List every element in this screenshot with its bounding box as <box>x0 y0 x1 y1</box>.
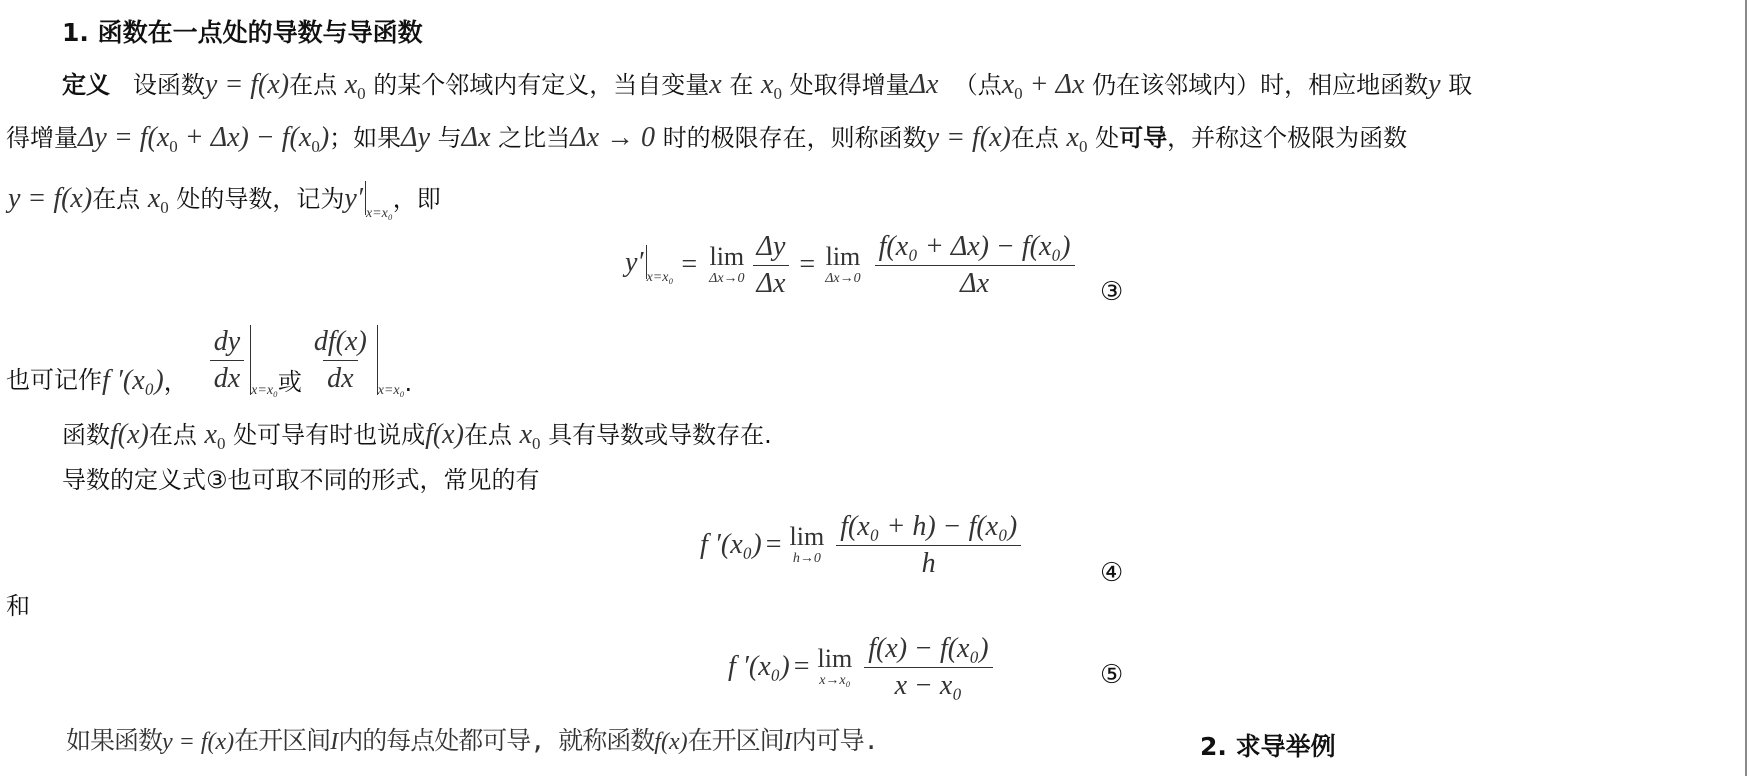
difference-quotient: f(x₀ + Δx) − f(x₀)Δx <box>875 231 1075 300</box>
text: ， <box>164 362 188 397</box>
formula-3-label: ③ <box>1100 275 1123 309</box>
fraction-dy-dx: dydx <box>210 326 244 395</box>
formula-5-label: ⑤ <box>1100 658 1123 692</box>
paragraph-open-interval: 如果函数y = f(x)在开区间I内的每点处都可导, 就称函数f(x)在开区间I… <box>66 724 878 759</box>
term-differentiable: 可导 <box>1119 124 1167 152</box>
text: 在点 <box>1011 124 1059 152</box>
text: ，即 <box>393 185 441 213</box>
section-heading-1: 1. 函数在一点处的导数与导函数 <box>62 16 423 50</box>
paragraph-alt-forms: 导数的定义式③也可取不同的形式，常见的有 <box>62 463 540 497</box>
math-fx: f(x) <box>425 419 464 450</box>
text: 的某个邻域内有定义，当自变量 <box>373 71 709 99</box>
math-fx: f(x) <box>110 419 149 450</box>
fraction-df-dx: df(x)dx <box>310 326 371 395</box>
difference-quotient-x: f(x) − f(x₀)x − x₀ <box>864 633 992 702</box>
math-x0: x0 <box>205 419 226 450</box>
math-x0: x0 <box>345 69 366 100</box>
math-delta-x: Δx <box>910 69 939 100</box>
formula-4-label: ④ <box>1100 556 1123 590</box>
definition-line-2: 得增量Δy = f(x0 + Δx) − f(x0)；如果Δy 与Δx 之比当Δ… <box>6 121 1407 164</box>
text: （点 <box>954 71 1002 99</box>
subscript: x=x₀ <box>251 383 278 399</box>
math-y-prime-at-x0: y′x=x₀ <box>344 183 392 214</box>
math-x0: x0 <box>1067 122 1088 153</box>
math-interval-I: I <box>330 729 338 755</box>
text: 得增量 <box>6 124 78 152</box>
page-right-border <box>1745 0 1747 776</box>
text: 内可导. <box>792 726 878 755</box>
text: 与 <box>438 124 462 152</box>
text: 取 <box>1448 71 1472 99</box>
math-x0: x0 <box>520 419 541 450</box>
math-interval-I: I <box>784 729 792 755</box>
formula4-lhs: f ′(x₀) <box>700 529 762 561</box>
math-delta-x: Δx <box>462 122 491 153</box>
text: 函数 <box>62 421 110 449</box>
limit-operator: limh→0 <box>790 524 825 566</box>
math-delta-y-def: Δy = f(x0 + Δx) − f(x0) <box>78 122 329 153</box>
text: 处 <box>1095 124 1119 152</box>
equals-sign: = <box>766 529 782 561</box>
text: 具有导数或导数存在. <box>548 421 772 449</box>
text: 如果函数 <box>66 726 162 755</box>
math-x0: x0 <box>761 69 782 100</box>
fraction-dy-dx: ΔyΔx <box>753 231 790 300</box>
text: 在点 <box>149 421 197 449</box>
math-f-prime-x0: f ′(x₀) <box>102 365 164 397</box>
math-y: y <box>1428 69 1440 100</box>
text: 处的导数，记为 <box>176 185 344 213</box>
text: 处取得增量 <box>790 71 910 99</box>
math-x: x <box>709 69 721 100</box>
text: 处可导有时也说成 <box>233 421 425 449</box>
text: 在点 <box>92 185 140 213</box>
paragraph-differentiable: 函数f(x)在点 x0 处可导有时也说成f(x)在点 x0 具有导数或导数存在. <box>62 418 772 461</box>
formula-3: y′x=x₀ = limΔx→0 ΔyΔx = limΔx→0 f(x₀ + Δ… <box>625 220 1079 310</box>
text: ，并称这个极限为函数 <box>1167 124 1407 152</box>
equals-sign: = <box>794 651 810 683</box>
and-word: 和 <box>6 589 30 623</box>
limit-operator: limx→x₀ <box>818 646 853 688</box>
math-x0: x0 <box>148 183 169 214</box>
math-y-eq-fx: y = f(x) <box>162 729 234 755</box>
math-fx: f(x) <box>654 729 687 755</box>
text: 在开区间 <box>688 726 784 755</box>
math-delta-y: Δy <box>401 122 430 153</box>
limit-operator: limΔx→0 <box>825 244 860 286</box>
text: 在 <box>729 71 753 99</box>
formula-5: f ′(x₀) = limx→x₀ f(x) − f(x₀)x − x₀ <box>728 622 997 712</box>
text: 内的每点处都可导, 就称函数 <box>338 726 654 755</box>
math-x0-plus-delta-x: x0 + Δx <box>1002 69 1085 100</box>
text: . <box>405 369 413 397</box>
text: 在开区间 <box>234 726 330 755</box>
definition-line-3: y = f(x)在点 x0 处的导数，记为y′x=x₀，即 <box>8 181 441 231</box>
text: 在点 <box>289 71 337 99</box>
math-y-eq-fx: y = f(x) <box>927 122 1011 153</box>
text: ；如果 <box>329 124 401 152</box>
definition-label: 定义 <box>62 71 110 99</box>
subscript: x=x₀ <box>378 383 405 399</box>
alt-notation-line: 也可记作 f ′(x₀) ， dydx x=x₀ 或 df(x)dx x=x₀ … <box>6 315 412 405</box>
formula3-lhs: y′x=x₀ <box>625 245 673 286</box>
section-heading-2: 2. 求导举例 <box>1200 730 1336 764</box>
equals-sign: = <box>799 249 815 281</box>
text: 也可记作 <box>6 360 102 395</box>
definition-line-1: 定义 设函数y = f(x)在点 x0 的某个邻域内有定义，当自变量x 在 x0… <box>62 68 1472 111</box>
formula-4: f ′(x₀) = limh→0 f(x₀ + h) − f(x₀)h <box>700 500 1025 590</box>
text: 设函数 <box>133 71 205 99</box>
text: 时的极限存在，则称函数 <box>663 124 927 152</box>
text: 在点 <box>464 421 512 449</box>
math-y-eq-fx: y = f(x) <box>205 69 289 100</box>
text: 仍在该邻域内）时，相应地函数 <box>1092 71 1428 99</box>
text: 或 <box>278 362 302 397</box>
equals-sign: = <box>681 249 697 281</box>
formula5-lhs: f ′(x₀) <box>728 651 790 683</box>
text: 之比当 <box>498 124 570 152</box>
limit-operator: limΔx→0 <box>709 244 744 286</box>
math-y-eq-fx: y = f(x) <box>8 183 92 214</box>
difference-quotient-h: f(x₀ + h) − f(x₀)h <box>836 511 1021 580</box>
math-delta-x-to-0: Δx → 0 <box>570 122 655 153</box>
